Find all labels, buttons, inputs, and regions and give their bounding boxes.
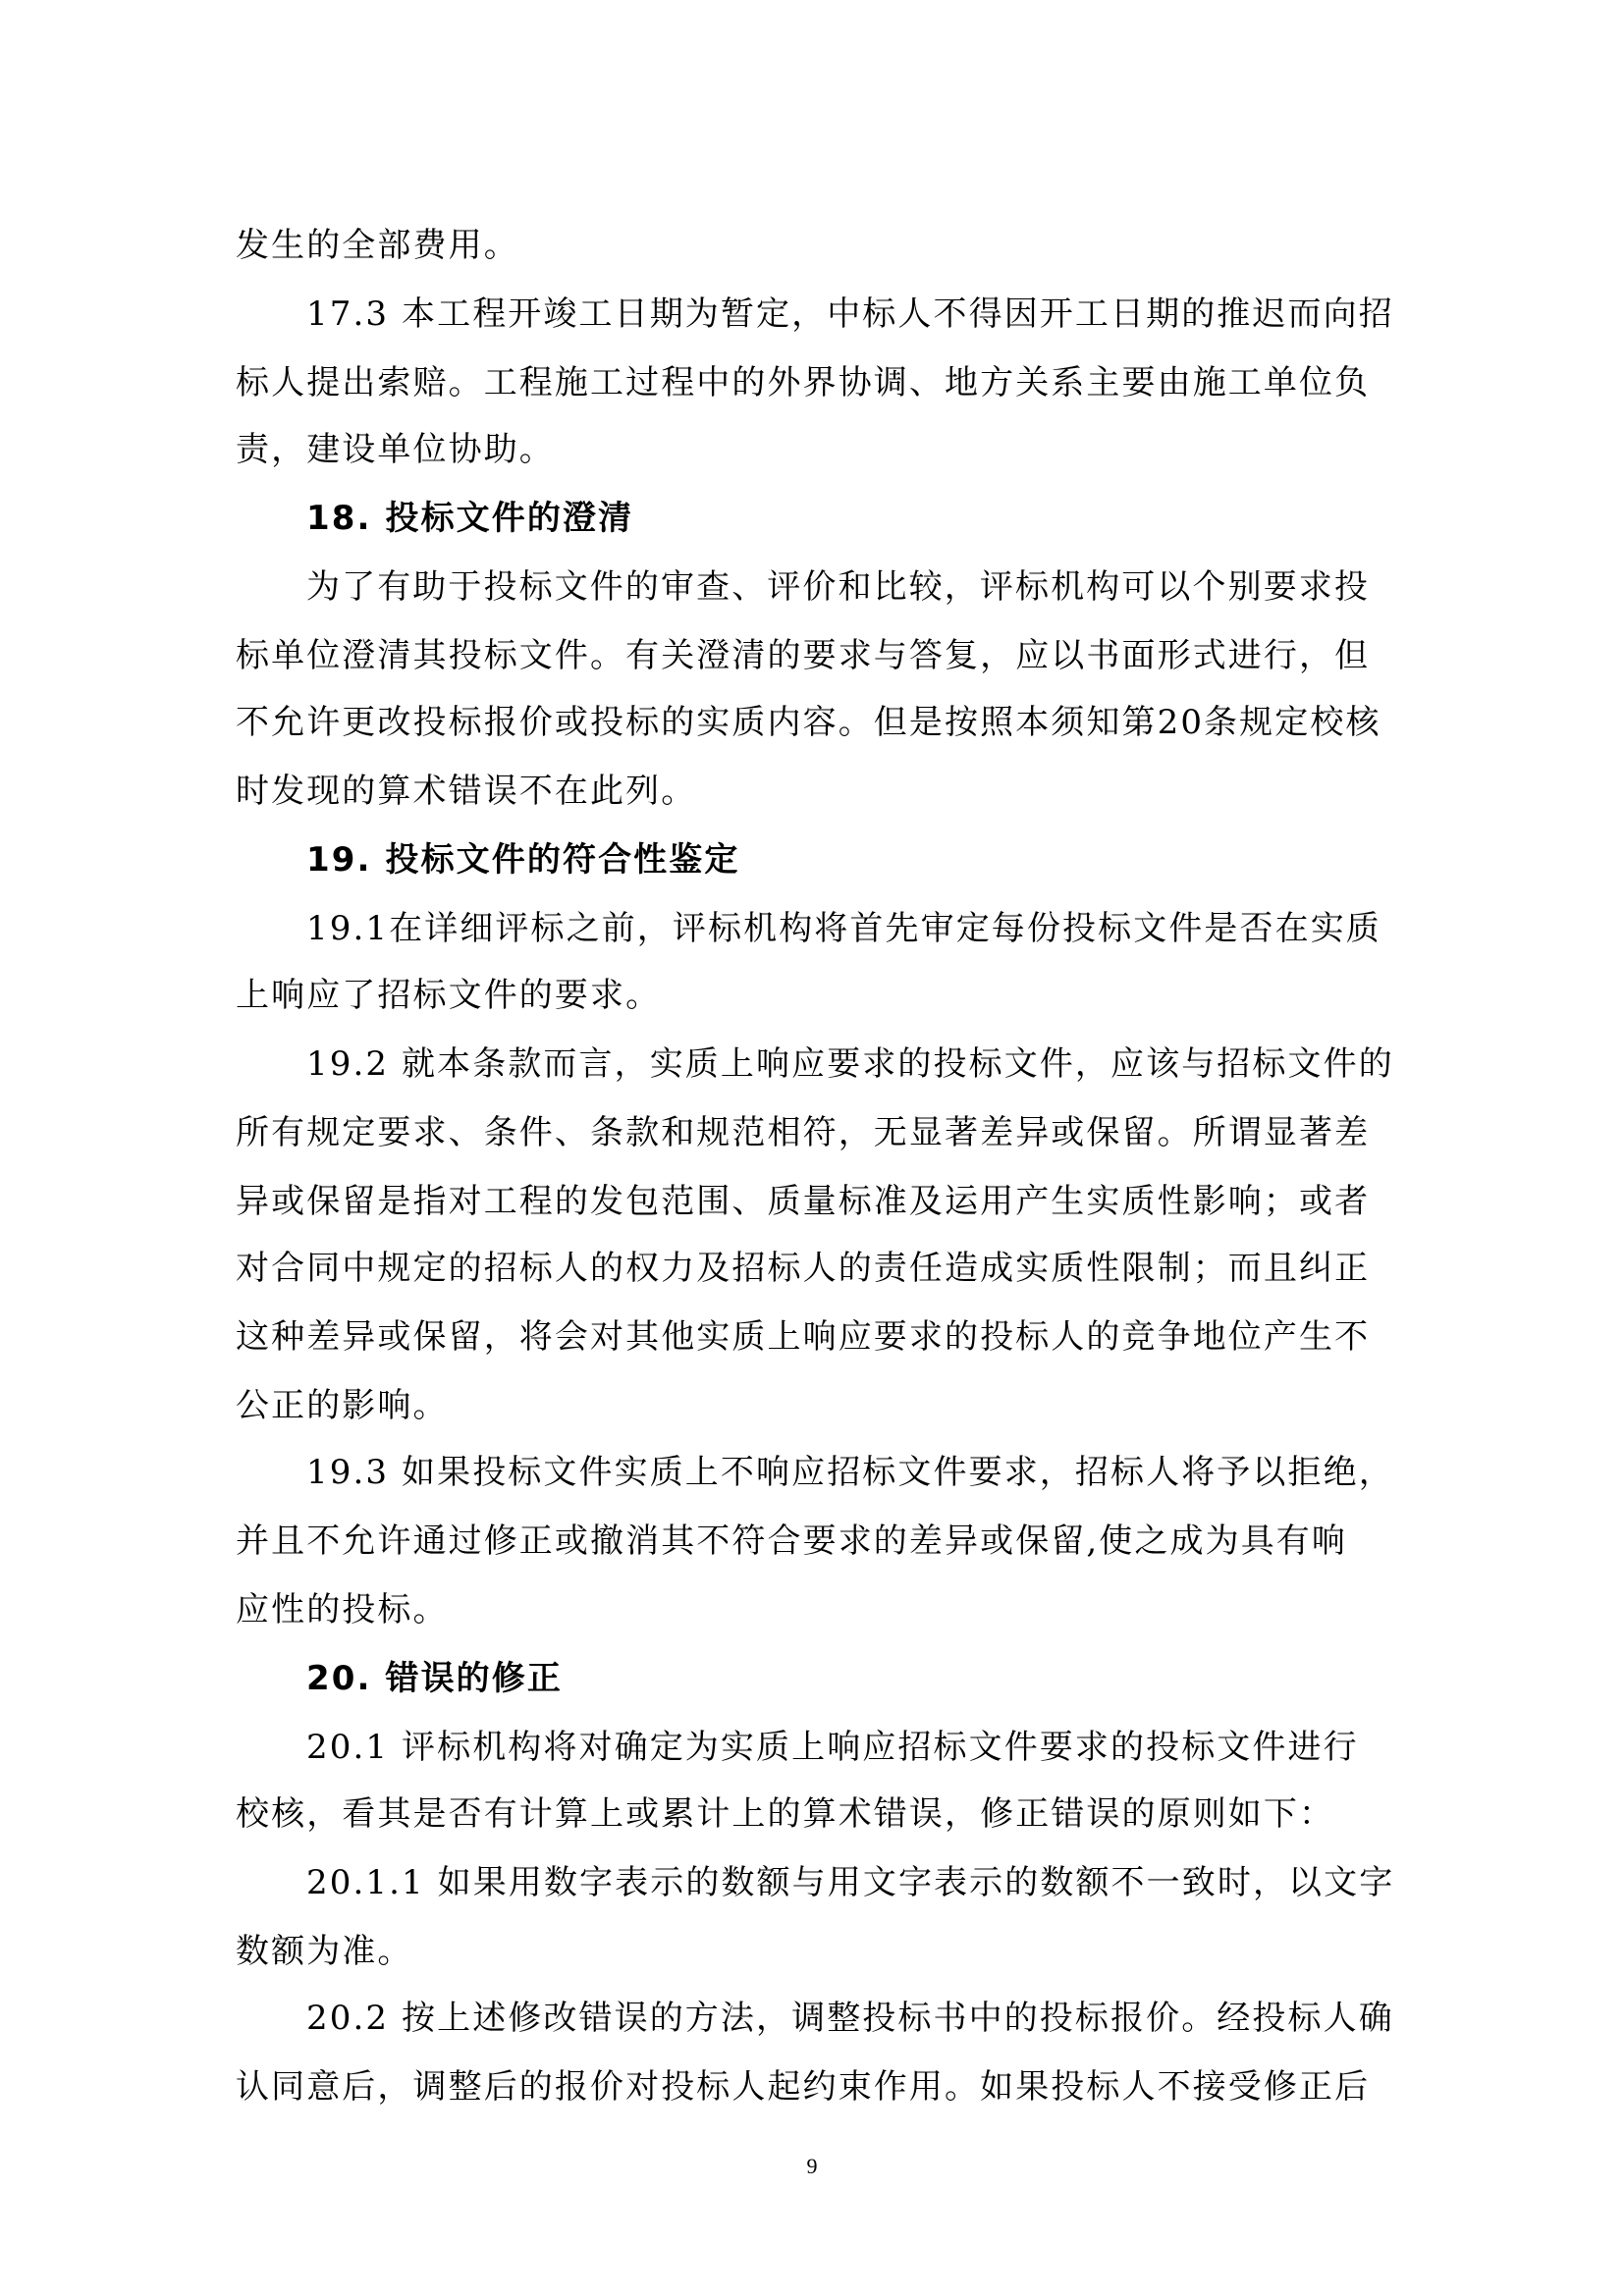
text-line: 20.1.1 如果用数字表示的数额与用文字表示的数额不一致时，以文字 <box>306 1861 1394 1904</box>
text-line: 20.1 评标机构将对确定为实质上响应招标文件要求的投标文件进行 <box>306 1726 1359 1769</box>
text-line: 责，建设单位协助。 <box>236 428 555 471</box>
section-heading-18: 18. 投标文件的澄清 <box>306 497 633 540</box>
text-line: 应性的投标。 <box>236 1588 449 1631</box>
text-line: 为了有助于投标文件的审查、评价和比较，评标机构可以个别要求投 <box>306 565 1370 609</box>
text-line: 20.2 按上述修改错误的方法，调整投标书中的投标报价。经投标人确 <box>306 1997 1394 2040</box>
text-line: 数额为准。 <box>236 1930 413 1973</box>
text-line: 对合同中规定的招标人的权力及招标人的责任造成实质性限制；而且纠正 <box>236 1247 1370 1290</box>
text-line: 19.1在详细评标之前，评标机构将首先审定每份投标文件是否在实质 <box>306 907 1381 950</box>
text-line: 认同意后，调整后的报价对投标人起约束作用。如果投标人不接受修正后 <box>236 2065 1370 2109</box>
text-line: 并且不允许通过修正或撤消其不符合要求的差异或保留,使之成为具有响 <box>236 1520 1347 1563</box>
document-page: 发生的全部费用。 17.3 本工程开竣工日期为暂定，中标人不得因开工日期的推迟而… <box>0 0 1624 2296</box>
page-number: 9 <box>0 2152 1624 2181</box>
text-line: 这种差异或保留，将会对其他实质上响应要求的投标人的竞争地位产生不 <box>236 1315 1370 1359</box>
text-line: 19.2 就本条款而言，实质上响应要求的投标文件，应该与招标文件的 <box>306 1042 1394 1086</box>
text-line: 上响应了招标文件的要求。 <box>236 974 661 1017</box>
section-heading-19: 19. 投标文件的符合性鉴定 <box>306 838 739 881</box>
text-line: 异或保留是指对工程的发包范围、质量标准及运用产生实质性影响；或者 <box>236 1180 1370 1223</box>
text-line: 校核，看其是否有计算上或累计上的算术错误，修正错误的原则如下： <box>236 1792 1334 1836</box>
text-line: 时发现的算术错误不在此列。 <box>236 770 696 813</box>
text-line: 所有规定要求、条件、条款和规范相符，无显著差异或保留。所谓显著差 <box>236 1111 1370 1154</box>
text-line: 标人提出索赔。工程施工过程中的外界协调、地方关系主要由施工单位负 <box>236 361 1370 404</box>
text-line: 19.3 如果投标文件实质上不响应招标文件要求，招标人将予以拒绝， <box>306 1451 1394 1494</box>
text-line: 公正的影响。 <box>236 1384 449 1427</box>
text-line: 标单位澄清其投标文件。有关澄清的要求与答复，应以书面形式进行，但 <box>236 634 1370 677</box>
text-line: 不允许更改投标报价或投标的实质内容。但是按照本须知第20条规定校核 <box>236 701 1381 744</box>
text-line: 17.3 本工程开竣工日期为暂定，中标人不得因开工日期的推迟而向招 <box>306 293 1394 336</box>
text-line: 发生的全部费用。 <box>236 224 519 267</box>
section-heading-20: 20. 错误的修正 <box>306 1657 563 1700</box>
